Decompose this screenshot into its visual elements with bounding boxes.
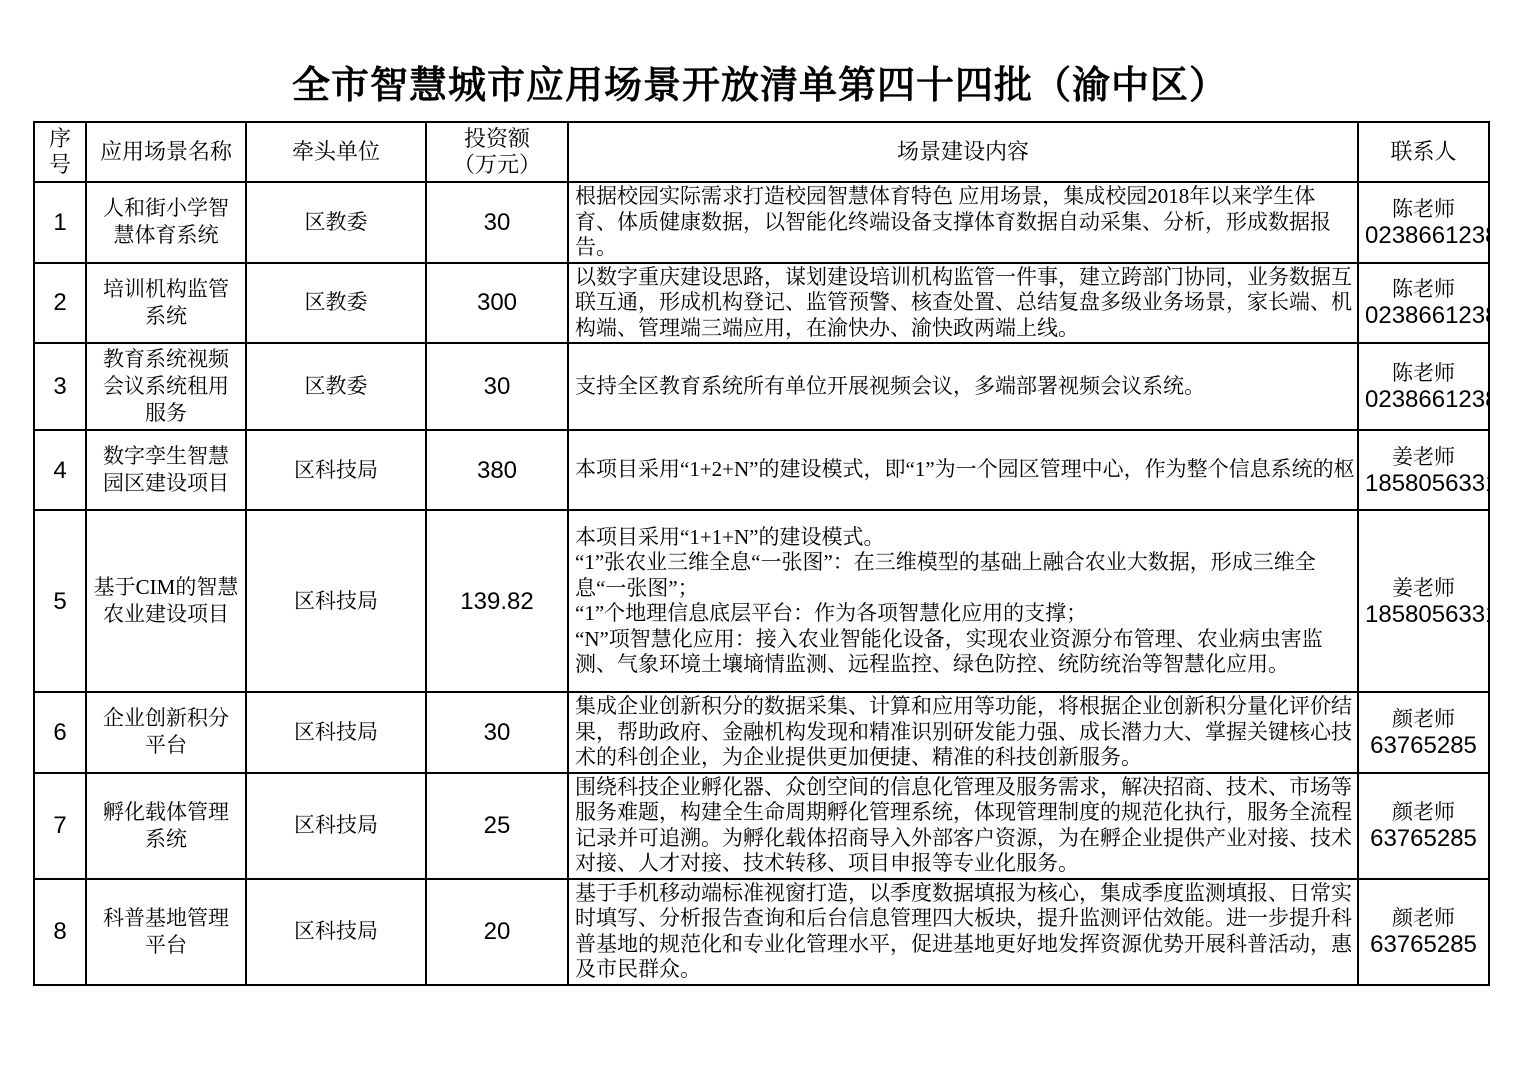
contact-phone: 02386612382 xyxy=(1365,386,1482,413)
table-row: 6 企业创新积分平台 区科技局 30 集成企业创新积分的数据采集、计算和应用等功… xyxy=(34,692,1489,773)
col-header-contact: 联系人 xyxy=(1358,122,1489,182)
lead-unit: 区科技局 xyxy=(246,510,426,692)
table-row: 4 数字孪生智慧园区建设项目 区科技局 380 本项目采用“1+2+N”的建设模… xyxy=(34,430,1489,510)
scenario-name: 人和街小学智慧体育系统 xyxy=(86,182,246,263)
scenario-name: 基于CIM的智慧农业建设项目 xyxy=(86,510,246,692)
scenario-table: 序号 应用场景名称 牵头单位 投资额 （万元） 场景建设内容 联系人 1 人和街… xyxy=(33,121,1490,986)
investment-amount: 30 xyxy=(426,692,568,773)
construction-content: 以数字重庆建设思路，谋划建设培训机构监管一件事，建立跨部门协同，业务数据互联互通… xyxy=(568,263,1358,344)
contact-name: 姜老师 xyxy=(1365,575,1482,601)
table-row: 1 人和街小学智慧体育系统 区教委 30 根据校园实际需求打造校园智慧体育特色 … xyxy=(34,182,1489,263)
contact-name: 颜老师 xyxy=(1365,706,1482,732)
col-header-investment-line2: （万元） xyxy=(431,152,563,178)
lead-unit: 区科技局 xyxy=(246,879,426,985)
row-no: 4 xyxy=(34,430,86,510)
col-header-name: 应用场景名称 xyxy=(86,122,246,182)
scenario-name: 教育系统视频会议系统租用服务 xyxy=(86,343,246,430)
row-no: 2 xyxy=(34,263,86,344)
row-no: 1 xyxy=(34,182,86,263)
table-row: 3 教育系统视频会议系统租用服务 区教委 30 支持全区教育系统所有单位开展视频… xyxy=(34,343,1489,430)
contact: 陈老师 02386612382 xyxy=(1358,343,1489,430)
lead-unit: 区科技局 xyxy=(246,692,426,773)
scenario-name: 企业创新积分平台 xyxy=(86,692,246,773)
row-no: 7 xyxy=(34,773,86,879)
contact: 姜老师 18580563315 xyxy=(1358,510,1489,692)
lead-unit: 区教委 xyxy=(246,343,426,430)
investment-amount: 20 xyxy=(426,879,568,985)
contact-name: 陈老师 xyxy=(1365,360,1482,386)
scenario-name: 孵化载体管理系统 xyxy=(86,773,246,879)
page-title: 全市智慧城市应用场景开放清单第四十四批（渝中区） xyxy=(0,0,1520,109)
construction-content: 根据校园实际需求打造校园智慧体育特色 应用场景，集成校园2018年以来学生体育、… xyxy=(568,182,1358,263)
scenario-name: 数字孪生智慧园区建设项目 xyxy=(86,430,246,510)
investment-amount: 25 xyxy=(426,773,568,879)
contact-phone: 63765285 xyxy=(1365,732,1482,759)
contact: 颜老师 63765285 xyxy=(1358,692,1489,773)
table-header-row: 序号 应用场景名称 牵头单位 投资额 （万元） 场景建设内容 联系人 xyxy=(34,122,1489,182)
contact: 陈老师 02386612382 xyxy=(1358,182,1489,263)
contact: 姜老师 18580563315 xyxy=(1358,430,1489,510)
row-no: 8 xyxy=(34,879,86,985)
contact-name: 陈老师 xyxy=(1365,196,1482,222)
table-row: 5 基于CIM的智慧农业建设项目 区科技局 139.82 本项目采用“1+1+N… xyxy=(34,510,1489,692)
document-page: 全市智慧城市应用场景开放清单第四十四批（渝中区） 序号 应用场景名称 牵头单位 … xyxy=(0,0,1520,1074)
contact-phone: 02386612382 xyxy=(1365,222,1482,249)
col-header-no: 序号 xyxy=(34,122,86,182)
row-no: 5 xyxy=(34,510,86,692)
contact: 颜老师 63765285 xyxy=(1358,879,1489,985)
contact-name: 颜老师 xyxy=(1365,905,1482,931)
construction-content: 支持全区教育系统所有单位开展视频会议，多端部署视频会议系统。 xyxy=(568,343,1358,430)
col-header-investment-line1: 投资额 xyxy=(431,126,563,152)
lead-unit: 区教委 xyxy=(246,263,426,344)
contact: 颜老师 63765285 xyxy=(1358,773,1489,879)
investment-amount: 300 xyxy=(426,263,568,344)
table-row: 7 孵化载体管理系统 区科技局 25 围绕科技企业孵化器、众创空间的信息化管理及… xyxy=(34,773,1489,879)
lead-unit: 区教委 xyxy=(246,182,426,263)
contact-name: 陈老师 xyxy=(1365,276,1482,302)
investment-amount: 139.82 xyxy=(426,510,568,692)
contact-phone: 18580563315 xyxy=(1365,601,1482,628)
table-row: 8 科普基地管理平台 区科技局 20 基于手机移动端标准视窗打造，以季度数据填报… xyxy=(34,879,1489,985)
investment-amount: 380 xyxy=(426,430,568,510)
investment-amount: 30 xyxy=(426,343,568,430)
col-header-content: 场景建设内容 xyxy=(568,122,1358,182)
row-no: 3 xyxy=(34,343,86,430)
contact-phone: 63765285 xyxy=(1365,931,1482,958)
col-header-investment: 投资额 （万元） xyxy=(426,122,568,182)
scenario-name: 科普基地管理平台 xyxy=(86,879,246,985)
contact-phone: 18580563315 xyxy=(1365,470,1482,497)
table-row: 2 培训机构监管系统 区教委 300 以数字重庆建设思路，谋划建设培训机构监管一… xyxy=(34,263,1489,344)
lead-unit: 区科技局 xyxy=(246,430,426,510)
contact-name: 颜老师 xyxy=(1365,799,1482,825)
contact-phone: 02386612382 xyxy=(1365,302,1482,329)
contact: 陈老师 02386612382 xyxy=(1358,263,1489,344)
row-no: 6 xyxy=(34,692,86,773)
col-header-unit: 牵头单位 xyxy=(246,122,426,182)
construction-content: 本项目采用“1+2+N”的建设模式，即“1”为一个园区管理中心，作为整个信息系统… xyxy=(568,430,1358,510)
scenario-name: 培训机构监管系统 xyxy=(86,263,246,344)
lead-unit: 区科技局 xyxy=(246,773,426,879)
construction-content: 本项目采用“1+1+N”的建设模式。 “1”张农业三维全息“一张图”：在三维模型… xyxy=(568,510,1358,692)
investment-amount: 30 xyxy=(426,182,568,263)
contact-phone: 63765285 xyxy=(1365,825,1482,852)
construction-content: 基于手机移动端标准视窗打造，以季度数据填报为核心，集成季度监测填报、日常实时填写… xyxy=(568,879,1358,985)
construction-content: 集成企业创新积分的数据采集、计算和应用等功能，将根据企业创新积分量化评价结果，帮… xyxy=(568,692,1358,773)
contact-name: 姜老师 xyxy=(1365,444,1482,470)
construction-content: 围绕科技企业孵化器、众创空间的信息化管理及服务需求，解决招商、技术、市场等服务难… xyxy=(568,773,1358,879)
